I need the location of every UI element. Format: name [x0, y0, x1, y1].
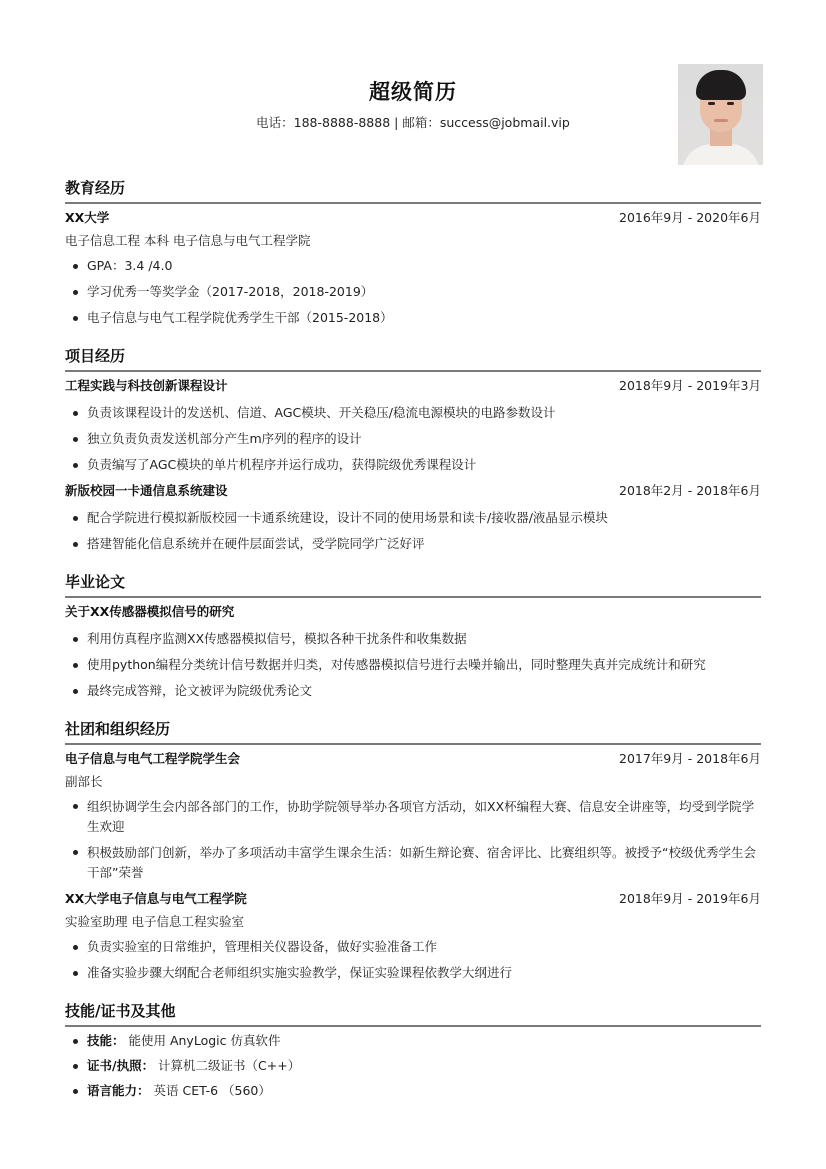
date-range: 2018年9月 - 2019年3月	[619, 378, 761, 394]
skill-label: 语言能力：	[87, 1083, 150, 1098]
skill-label: 证书/执照：	[87, 1058, 154, 1073]
section-title: 项目经历	[65, 346, 761, 366]
bullet-icon	[73, 663, 78, 668]
section-skills: 技能/证书及其他	[65, 1001, 761, 1027]
section-divider	[65, 596, 761, 598]
section-organizations: 社团和组织经历	[65, 719, 761, 745]
list-item: 积极鼓励部门创新，举办了多项活动丰富学生课余生活：如新生辩论赛、宿舍评比、比赛组…	[65, 840, 761, 884]
date-range: 2017年9月 - 2018年6月	[619, 751, 761, 767]
contact-info: 电话：188-8888-8888 | 邮箱：success@jobmail.vi…	[65, 113, 761, 131]
skill-value: 能使用 AnyLogic 仿真软件	[125, 1033, 281, 1048]
bullet-icon	[73, 290, 78, 295]
bullet-icon	[73, 1064, 78, 1069]
section-title: 毕业论文	[65, 572, 761, 592]
date-range: 2016年9月 - 2020年6月	[619, 210, 761, 226]
section-title: 技能/证书及其他	[65, 1001, 761, 1021]
section-divider	[65, 370, 761, 372]
bullet-icon	[73, 945, 78, 950]
skill-value: 计算机二级证书（C++）	[154, 1058, 300, 1073]
bullet-icon	[73, 804, 78, 809]
bullet-icon	[73, 689, 78, 694]
section-title: 教育经历	[65, 178, 761, 198]
section-divider	[65, 202, 761, 204]
section-title: 社团和组织经历	[65, 719, 761, 739]
skill-label: 技能：	[87, 1033, 125, 1048]
role: 实验室助理 电子信息工程实验室	[65, 914, 244, 930]
bullet-icon	[73, 463, 78, 468]
bullet-icon	[73, 437, 78, 442]
bullet-icon	[73, 411, 78, 416]
skill-value: 英语 CET-6 （560）	[150, 1083, 271, 1098]
project-name: 工程实践与科技创新课程设计	[65, 378, 228, 394]
bullet-icon	[73, 850, 78, 855]
organization-name: 电子信息与电气工程学院学生会	[65, 751, 240, 767]
section-education: 教育经历	[65, 178, 761, 204]
section-divider	[65, 743, 761, 745]
resume-title: 超级简历	[65, 76, 761, 106]
bullet-icon	[73, 1039, 78, 1044]
date-range: 2018年2月 - 2018年6月	[619, 483, 761, 499]
bullet-icon	[73, 516, 78, 521]
date-range: 2018年9月 - 2019年6月	[619, 891, 761, 907]
bullet-icon	[73, 264, 78, 269]
section-divider	[65, 1025, 761, 1027]
bullet-icon	[73, 1089, 78, 1094]
section-projects: 项目经历	[65, 346, 761, 372]
role: 副部长	[65, 774, 103, 790]
section-thesis: 毕业论文	[65, 572, 761, 598]
organization-name: XX大学电子信息与电气工程学院	[65, 891, 247, 907]
bullet-icon	[73, 542, 78, 547]
project-name: 新版校园一卡通信息系统建设	[65, 483, 228, 499]
profile-photo	[678, 64, 763, 165]
thesis-title: 关于XX传感器模拟信号的研究	[65, 604, 234, 620]
bullet-icon	[73, 316, 78, 321]
degree-info: 电子信息工程 本科 电子信息与电气工程学院	[65, 233, 310, 249]
bullet-icon	[73, 637, 78, 642]
school-name: XX大学	[65, 210, 109, 226]
list-item: 组织协调学生会内部各部门的工作，协助学院领导举办各项官方活动，如XX杯编程大赛、…	[65, 794, 761, 838]
bullet-icon	[73, 971, 78, 976]
